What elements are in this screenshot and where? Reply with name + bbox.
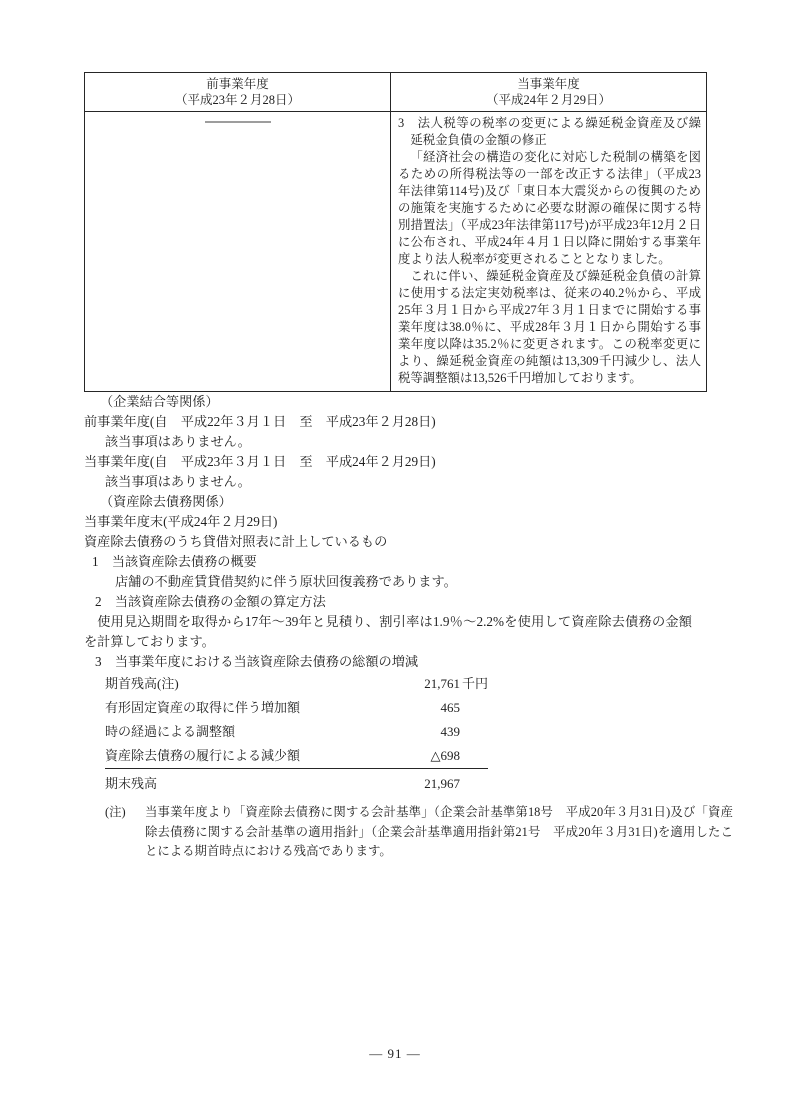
table-row: 有形固定資産の取得に伴う増加額 465	[105, 696, 488, 720]
table-row-total: 期末残高 21,967	[105, 768, 488, 797]
current-period-title: 当事業年度	[393, 77, 704, 93]
row-value: △698	[388, 746, 460, 766]
footnote-label: (注)	[105, 803, 145, 862]
aro-schedule-table: 期首残高(注) 21,761 千円 有形固定資産の取得に伴う増加額 465 時の…	[105, 672, 488, 797]
row-label: 有形固定資産の取得に伴う増加額	[105, 698, 388, 718]
section-title-aro: （資産除去債務関係）	[84, 492, 706, 512]
current-fiscal-year-line: 当事業年度(自 平成23年３月１日 至 平成24年２月29日)	[84, 452, 706, 472]
row-value: 21,761	[388, 674, 460, 694]
document-page: 前事業年度 （平成23年２月28日） 当事業年度 （平成24年２月29日） 3 …	[0, 0, 790, 1118]
prev-period-date: （平成23年２月28日）	[87, 93, 388, 109]
prev-period-cell	[85, 112, 391, 392]
row-value: 439	[388, 722, 460, 742]
row-unit: 千円	[460, 674, 488, 694]
prev-fiscal-year-line: 前事業年度(自 平成22年３月１日 至 平成23年２月28日)	[84, 412, 706, 432]
no-entry-dash	[205, 121, 271, 123]
row-label: 時の経過による調整額	[105, 722, 388, 742]
aro-item1-body: 店舗の不動産賃貸借契約に伴う原状回復義務であります。	[84, 572, 706, 592]
header-prev-period: 前事業年度 （平成23年２月28日）	[85, 73, 391, 112]
table-row: 資産除去債務の履行による減少額 △698	[105, 744, 488, 768]
business-combination-section: （企業結合等関係） 前事業年度(自 平成22年３月１日 至 平成23年２月28日…	[84, 392, 706, 492]
aro-footnote: (注) 当事業年度より「資産除去債務に関する会計基準」（企業会計基準第18号 平…	[105, 803, 733, 862]
tax-rate-change-heading: 3 法人税等の税率の変更による繰延税金資産及び繰延税金負債の金額の修正	[398, 115, 701, 149]
table-row: 期首残高(注) 21,761 千円	[105, 672, 488, 696]
tax-rate-change-paragraph-1: 「経済社会の構造の変化に対応した税制の構築を図るための所得税法等の一部を改正する…	[398, 149, 701, 268]
current-period-date: （平成24年２月29日）	[393, 93, 704, 109]
prev-period-title: 前事業年度	[87, 77, 388, 93]
asset-retirement-obligation-section: （資産除去債務関係） 当事業年度末(平成24年２月29日) 資産除去債務のうち貸…	[84, 492, 706, 862]
aro-item2-heading: 2 当該資産除去債務の金額の算定方法	[84, 592, 706, 612]
aro-item3-heading: 3 当事業年度における当該資産除去債務の総額の増減	[84, 652, 706, 672]
table-row: 時の経過による調整額 439	[105, 720, 488, 744]
table-body-row: 3 法人税等の税率の変更による繰延税金資産及び繰延税金負債の金額の修正 「経済社…	[85, 112, 707, 392]
row-label: 資産除去債務の履行による減少額	[105, 746, 388, 766]
page-content: 前事業年度 （平成23年２月28日） 当事業年度 （平成24年２月29日） 3 …	[84, 72, 706, 862]
page-number: ― 91 ―	[0, 1046, 790, 1062]
footnote-text: 当事業年度より「資産除去債務に関する会計基準」（企業会計基準第18号 平成20年…	[145, 803, 733, 862]
row-value: 465	[388, 698, 460, 718]
header-current-period: 当事業年度 （平成24年２月29日）	[391, 73, 707, 112]
aro-item2-body: 使用見込期間を取得から17年～39年と見積り、割引率は1.9％～2.2%を使用し…	[84, 612, 692, 652]
row-label: 期首残高(注)	[105, 674, 388, 694]
tax-rate-change-paragraph-2: これに伴い、繰延税金資産及び繰延税金負債の計算に使用する法定実効税率は、従来の4…	[398, 268, 701, 387]
aro-period-end-line: 当事業年度末(平成24年２月29日)	[84, 512, 706, 532]
current-period-cell: 3 法人税等の税率の変更による繰延税金資産及び繰延税金負債の金額の修正 「経済社…	[391, 112, 707, 392]
comparative-note-table: 前事業年度 （平成23年２月28日） 当事業年度 （平成24年２月29日） 3 …	[84, 72, 707, 392]
aro-intro-line: 資産除去債務のうち貸借対照表に計上しているもの	[84, 532, 706, 552]
prev-no-items-line: 該当事項はありません。	[84, 432, 706, 452]
aro-item1-heading: 1 当該資産除去債務の概要	[84, 552, 706, 572]
row-value: 21,967	[388, 774, 460, 794]
current-no-items-line: 該当事項はありません。	[84, 472, 706, 492]
row-label: 期末残高	[105, 774, 388, 794]
table-header-row: 前事業年度 （平成23年２月28日） 当事業年度 （平成24年２月29日）	[85, 73, 707, 112]
section-title-business-combination: （企業結合等関係）	[84, 392, 706, 412]
